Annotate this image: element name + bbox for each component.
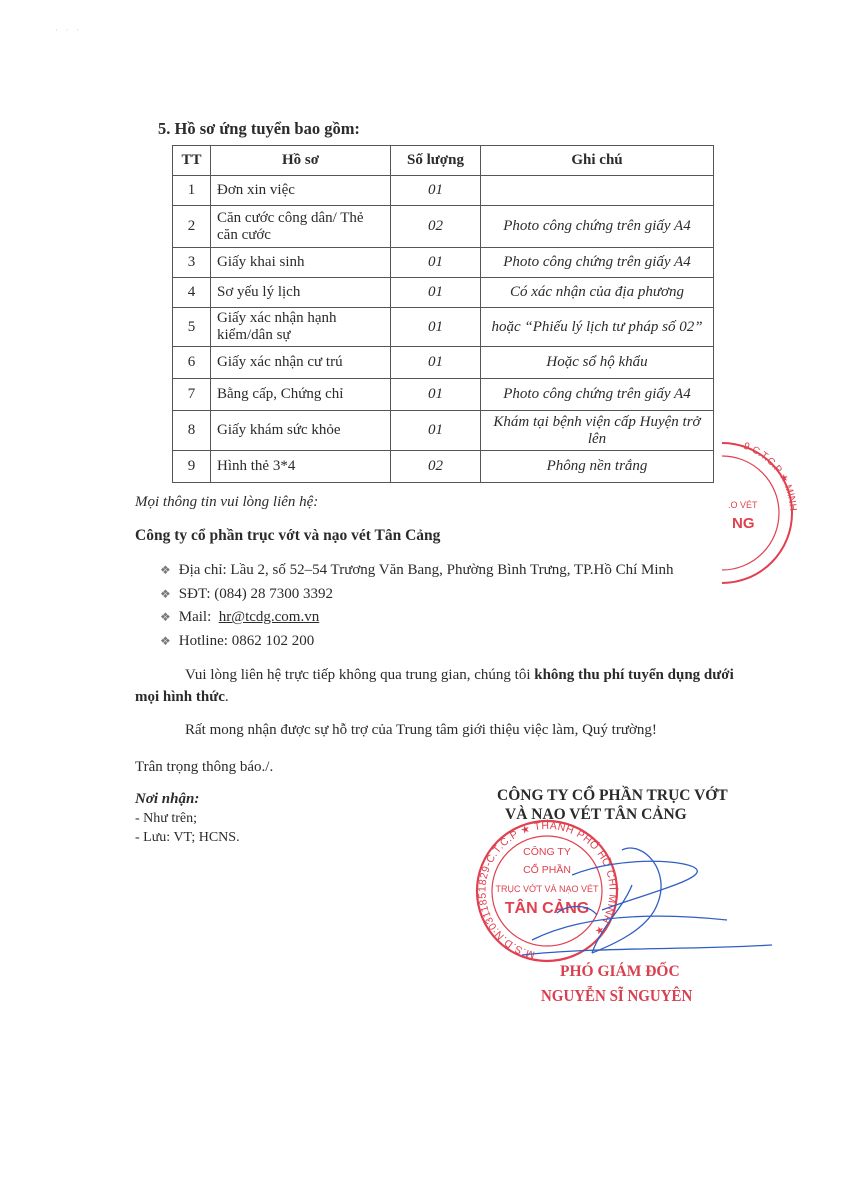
note-cell — [481, 176, 714, 206]
table-row: 3Giấy khai sinh01Photo công chứng trên g… — [173, 248, 714, 278]
diamond-bullet-icon: ❖ — [160, 634, 171, 648]
table-row: 5Giấy xác nhận hạnh kiểm/dân sự01hoặc “P… — [173, 308, 714, 347]
hotline-label: Hotline: — [179, 633, 232, 649]
svg-text:NG: NG — [732, 515, 755, 532]
note-cell: Có xác nhận của địa phương — [481, 278, 714, 308]
row-number-cell: 3 — [173, 248, 211, 278]
recipient-line: - Lưu: VT; HCNS. — [135, 830, 240, 846]
table-row: 6Giấy xác nhận cư trú01Hoặc sổ hộ khẩu — [173, 347, 714, 379]
row-number-cell: 7 — [173, 379, 211, 411]
document-name-cell: Đơn xin việc — [211, 176, 391, 206]
document-name-cell: Giấy xác nhận hạnh kiểm/dân sự — [211, 308, 391, 347]
quantity-cell: 01 — [391, 411, 481, 451]
row-number-cell: 4 — [173, 278, 211, 308]
closing-line: Trân trọng thông báo./. — [135, 759, 273, 776]
no-fee-text: Vui lòng liên hệ trực tiếp không qua tru… — [185, 667, 534, 683]
document-name-cell: Giấy khai sinh — [211, 248, 391, 278]
note-cell: Khám tại bệnh viện cấp Huyện trở lên — [481, 411, 714, 451]
row-number-cell: 6 — [173, 347, 211, 379]
header-note: Ghi chú — [481, 146, 714, 176]
contact-hotline: ❖Hotline: 0862 102 200 — [160, 631, 674, 655]
svg-text:TÂN CẢNG: TÂN CẢNG — [505, 898, 589, 917]
contact-phone: ❖SĐT: (084) 28 7300 3392 — [160, 584, 674, 608]
document-name-cell: Căn cước công dân/ Thẻ căn cước — [211, 206, 391, 248]
table-row: 1Đơn xin việc01 — [173, 176, 714, 206]
row-number-cell: 2 — [173, 206, 211, 248]
address-label: Địa chỉ: — [179, 562, 231, 578]
signatory-name: NGUYỄN SĨ NGUYÊN — [541, 986, 692, 1006]
table-header-row: TT Hồ sơ Số lượng Ghi chú — [173, 146, 714, 176]
table-row: 8Giấy khám sức khỏe01Khám tại bệnh viện … — [173, 411, 714, 451]
diamond-bullet-icon: ❖ — [160, 563, 171, 577]
address-value: Lầu 2, số 52–54 Trương Văn Bang, Phường … — [230, 562, 673, 578]
header-document: Hồ sơ — [211, 146, 391, 176]
table-row: 2Căn cước công dân/ Thẻ căn cước02Photo … — [173, 206, 714, 248]
page-seal-edge-icon: 9-C.T.C.P ★ MINH .O VÉT NG — [722, 440, 802, 590]
header-quantity: Số lượng — [391, 146, 481, 176]
quantity-cell: 01 — [391, 347, 481, 379]
mail-label: Mail: — [179, 609, 219, 625]
table-row: 7Bằng cấp, Chứng chỉ01Photo công chứng t… — [173, 379, 714, 411]
document-name-cell: Giấy khám sức khỏe — [211, 411, 391, 451]
support-request-paragraph: Rất mong nhận được sự hỗ trợ của Trung t… — [185, 722, 657, 739]
documents-table: TT Hồ sơ Số lượng Ghi chú 1Đơn xin việc0… — [172, 145, 714, 483]
recipient-line: - Như trên; — [135, 811, 197, 827]
diamond-bullet-icon: ❖ — [160, 610, 171, 624]
document-name-cell: Bằng cấp, Chứng chỉ — [211, 379, 391, 411]
row-number-cell: 1 — [173, 176, 211, 206]
section-heading: 5. Hồ sơ ứng tuyển bao gồm: — [158, 119, 360, 139]
svg-text:CỔ PHẦN: CỔ PHẦN — [523, 863, 571, 876]
header-tt: TT — [173, 146, 211, 176]
scan-artifact: · · · — [55, 26, 82, 35]
quantity-cell: 01 — [391, 176, 481, 206]
phone-label: SĐT: — [179, 586, 215, 602]
svg-text:.O VÉT: .O VÉT — [728, 500, 758, 510]
note-cell: Photo công chứng trên giấy A4 — [481, 206, 714, 248]
quantity-cell: 02 — [391, 451, 481, 483]
signatory-title: PHÓ GIÁM ĐỐC — [560, 963, 680, 981]
note-cell: Phông nền trắng — [481, 451, 714, 483]
contact-list: ❖Địa chỉ: Lầu 2, số 52–54 Trương Văn Ban… — [160, 560, 674, 654]
row-number-cell: 9 — [173, 451, 211, 483]
company-name: Công ty cổ phần trục vớt và nạo vét Tân … — [135, 527, 440, 545]
contact-intro: Mọi thông tin vui lòng liên hệ: — [135, 494, 318, 511]
quantity-cell: 01 — [391, 278, 481, 308]
quantity-cell: 01 — [391, 379, 481, 411]
email-link[interactable]: hr@tcdg.com.vn — [219, 609, 319, 625]
svg-text:TRỤC VỚT VÀ NẠO VÉT: TRỤC VỚT VÀ NẠO VÉT — [495, 884, 599, 894]
row-number-cell: 5 — [173, 308, 211, 347]
row-number-cell: 8 — [173, 411, 211, 451]
note-cell: Hoặc sổ hộ khẩu — [481, 347, 714, 379]
contact-address: ❖Địa chỉ: Lầu 2, số 52–54 Trương Văn Ban… — [160, 560, 674, 584]
no-fee-paragraph: Vui lòng liên hệ trực tiếp không qua tru… — [135, 664, 745, 708]
recipients-title: Nơi nhận: — [135, 791, 199, 808]
quantity-cell: 01 — [391, 248, 481, 278]
table-row: 4Sơ yếu lý lịch01Có xác nhận của địa phư… — [173, 278, 714, 308]
document-name-cell: Sơ yếu lý lịch — [211, 278, 391, 308]
table-row: 9Hình thẻ 3*402Phông nền trắng — [173, 451, 714, 483]
document-name-cell: Giấy xác nhận cư trú — [211, 347, 391, 379]
note-cell: Photo công chứng trên giấy A4 — [481, 379, 714, 411]
phone-value: (084) 28 7300 3392 — [214, 586, 333, 602]
quantity-cell: 02 — [391, 206, 481, 248]
note-cell: hoặc “Phiếu lý lịch tư pháp số 02” — [481, 308, 714, 347]
company-seal-icon: M.S.D.N:0311851829-C.T.C.P ★ THÀNH PHỐ H… — [472, 815, 772, 965]
signatory-company-line1: CÔNG TY CỔ PHẦN TRỤC VỚT — [497, 786, 728, 805]
svg-text:CÔNG TY: CÔNG TY — [523, 845, 571, 858]
quantity-cell: 01 — [391, 308, 481, 347]
diamond-bullet-icon: ❖ — [160, 587, 171, 601]
hotline-value: 0862 102 200 — [232, 633, 315, 649]
note-cell: Photo công chứng trên giấy A4 — [481, 248, 714, 278]
document-name-cell: Hình thẻ 3*4 — [211, 451, 391, 483]
no-fee-end: . — [225, 689, 229, 705]
contact-mail: ❖Mail: hr@tcdg.com.vn — [160, 607, 674, 631]
